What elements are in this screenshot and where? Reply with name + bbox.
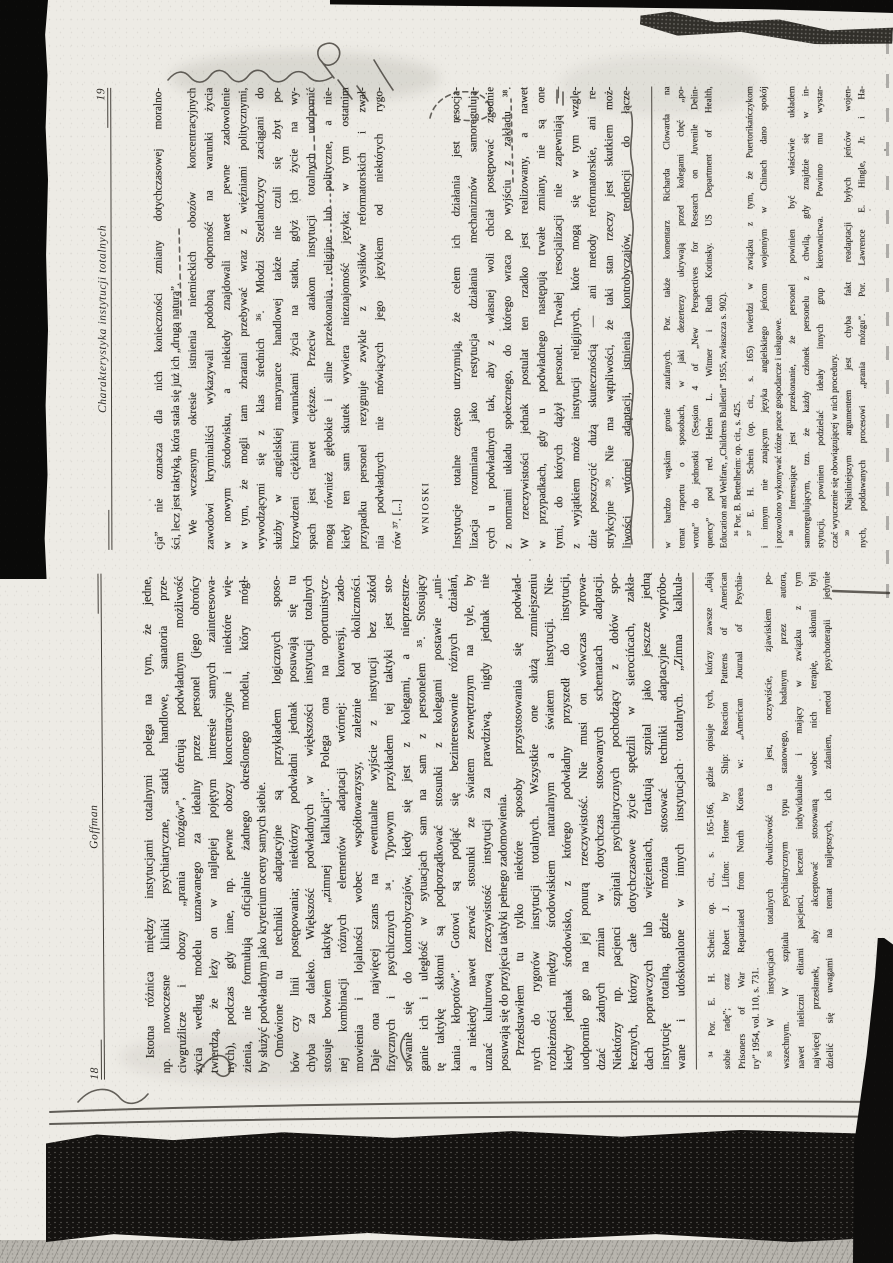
photocopy-scan: { "page_left": { "page_number": "18", "r… bbox=[0, 0, 893, 1263]
footnote-line: w bardzo wąskim gronie zaufanych. Por. t… bbox=[660, 86, 675, 548]
text-line: przypadku personel rezygnuje zwykle z wy… bbox=[354, 87, 372, 549]
footnote-line: ³⁸ Interesujące jest przekonanie, że per… bbox=[785, 86, 800, 548]
text-line: lizacja rozumiana jako restytucja działa… bbox=[465, 87, 483, 549]
text-line: mogą również głębokie i silne przekonani… bbox=[320, 87, 338, 549]
text-line: nia podwładnych nie mówiących jego język… bbox=[371, 87, 389, 549]
page-19-footnotes: w bardzo wąskim gronie zaufanych. Por. t… bbox=[660, 86, 870, 549]
footnote-line: ³⁶ Por. B. Bettelheim: op. cit., s. 425. bbox=[730, 86, 745, 548]
page-19: Charakterystyka instytucji totalnych 19 … bbox=[50, 58, 884, 574]
footnote-line: dzielić się uwagami na temat najlepszych… bbox=[821, 572, 839, 1069]
text-line: rów ³⁷. [...] bbox=[388, 87, 406, 549]
footnote-line: czać wyuczenie się obowiązującej w nich … bbox=[827, 86, 842, 548]
text-line: w tym, że mogli tam zbratani przebywać w… bbox=[235, 87, 253, 549]
text-line: w nowym środowisku, a niekiedy znajdowal… bbox=[218, 88, 236, 550]
text-line: wywodzącymi się z klas średnich ³⁶. Młod… bbox=[252, 87, 270, 549]
running-head-goffman: Goffman bbox=[87, 614, 102, 1040]
scanner-bed-texture-strip bbox=[0, 1240, 893, 1263]
footnote-separator bbox=[651, 86, 653, 548]
text-line: z wyjątkiem może instytucji religijnych,… bbox=[567, 87, 585, 549]
footnote-line: wrotu” do jednostki (Session 4 of „New P… bbox=[688, 86, 703, 548]
text-line: zawodowi kryminaliści wykazywali podobną… bbox=[201, 88, 219, 550]
header-spacer bbox=[97, 574, 98, 614]
text-line: ści, lecz jest taktyką, która stała się … bbox=[167, 88, 185, 550]
text-line: kiedy ten sam skutek wywiera nieznajomoś… bbox=[337, 87, 355, 549]
scan-edge-left-black-bar bbox=[0, 0, 48, 579]
page-19-header: Charakterystyka instytucji totalnych 19 bbox=[92, 88, 112, 550]
text-line: wane i udoskonalone w innych instytucjac… bbox=[670, 573, 690, 1070]
text-line: liwości wtórnej adaptacji, istnienia kon… bbox=[618, 86, 636, 548]
book-fore-edge-black-band bbox=[46, 1130, 893, 1242]
text-line: cych u podwładnych tak, aby z własnej wo… bbox=[482, 87, 500, 549]
text-line: z normami układu społecznego, do którego… bbox=[499, 87, 517, 549]
page-18-header: 18 Goffman bbox=[82, 574, 105, 1080]
footnote-line: ³⁷ E. H. Schein (op. cit., s. 165) twier… bbox=[744, 86, 759, 548]
text-line: tymi, do których dążył personel. Trwałej… bbox=[550, 87, 568, 549]
footnote-line: quency” pod red. Helen L. Witmer i Ruth … bbox=[702, 86, 717, 548]
text-line: krzywdzeni ciężkimi warunkami życia na s… bbox=[286, 87, 304, 549]
scan-edge-right-hairline bbox=[886, 40, 889, 600]
text-line: cja” nie oznacza dla nich konieczności z… bbox=[150, 88, 168, 550]
text-line: W rzeczywistości jednak postulat ten rza… bbox=[516, 87, 534, 549]
page-edge-curve bbox=[50, 1101, 893, 1124]
page-18-body: Istotna różnica między instytucjami tota… bbox=[138, 573, 689, 1074]
page-18-footnotes: ³⁴ Por. E. H. Schein: op. cit., s. 165-1… bbox=[702, 572, 839, 1070]
footnote-line: ³⁹ Najsilniejszym argumentem jest chyba … bbox=[841, 86, 856, 548]
footnote-separator bbox=[692, 573, 696, 1070]
book-edge-shadow-top-right bbox=[639, 4, 893, 47]
scan-edge-top-black-bar bbox=[330, 0, 893, 13]
running-head-charakterystyka: Charakterystyka instytucji totalnych bbox=[96, 128, 109, 510]
footnote-line: samoregulującym, tzn. że każdy członek p… bbox=[799, 86, 814, 548]
page-19-body-1: cja” nie oznacza dla nich konieczności z… bbox=[150, 87, 406, 550]
footnote-line: temat raportu o sposobach, w jaki dezert… bbox=[674, 86, 689, 548]
text-line: spach jest nawet cięższe. Przeciw atakom… bbox=[303, 87, 321, 549]
footnote-line: i innym nie znającym języka angielskiego… bbox=[758, 86, 773, 548]
footnote-line: nych, poddawanych procesowi „prania mózg… bbox=[855, 86, 870, 548]
rotated-book-spread: 18 Goffman Istotna różnica między instyt… bbox=[48, 54, 888, 1080]
footnote-line: stytucji, powinien podzielać ideały inny… bbox=[813, 86, 828, 548]
text-line: dzie poszczycić dużą skutecznością — ani… bbox=[584, 87, 602, 549]
text-line: służby w angielskiej marynarce handlowej… bbox=[269, 87, 287, 549]
text-line: w przypadkach, gdy u podwładnego następu… bbox=[533, 87, 551, 549]
footnote-line: i pozwolono wykonywać różne prace gospod… bbox=[771, 86, 786, 548]
page-18: 18 Goffman Istotna różnica między instyt… bbox=[51, 568, 888, 1080]
swirl-below-page-number bbox=[78, 1089, 148, 1103]
page-19-body-2: Instytucje totalne często utrzymują, że … bbox=[448, 86, 636, 548]
page-number-18: 18 bbox=[89, 1040, 102, 1080]
footnote-line: Education and Welfare, „Childrens Bullet… bbox=[716, 86, 731, 548]
text-line: strykcyjne ³⁹. Nie ma wątpliwości, że ta… bbox=[601, 87, 619, 549]
text-line: We wczesnym okresie istnienia niemieckic… bbox=[184, 88, 202, 550]
text-line: Instytucje totalne często utrzymują, że … bbox=[448, 87, 466, 549]
section-heading-wnioski: WNIOSKI bbox=[420, 87, 431, 549]
header-spacer bbox=[108, 510, 109, 550]
page-number-19: 19 bbox=[95, 88, 108, 128]
